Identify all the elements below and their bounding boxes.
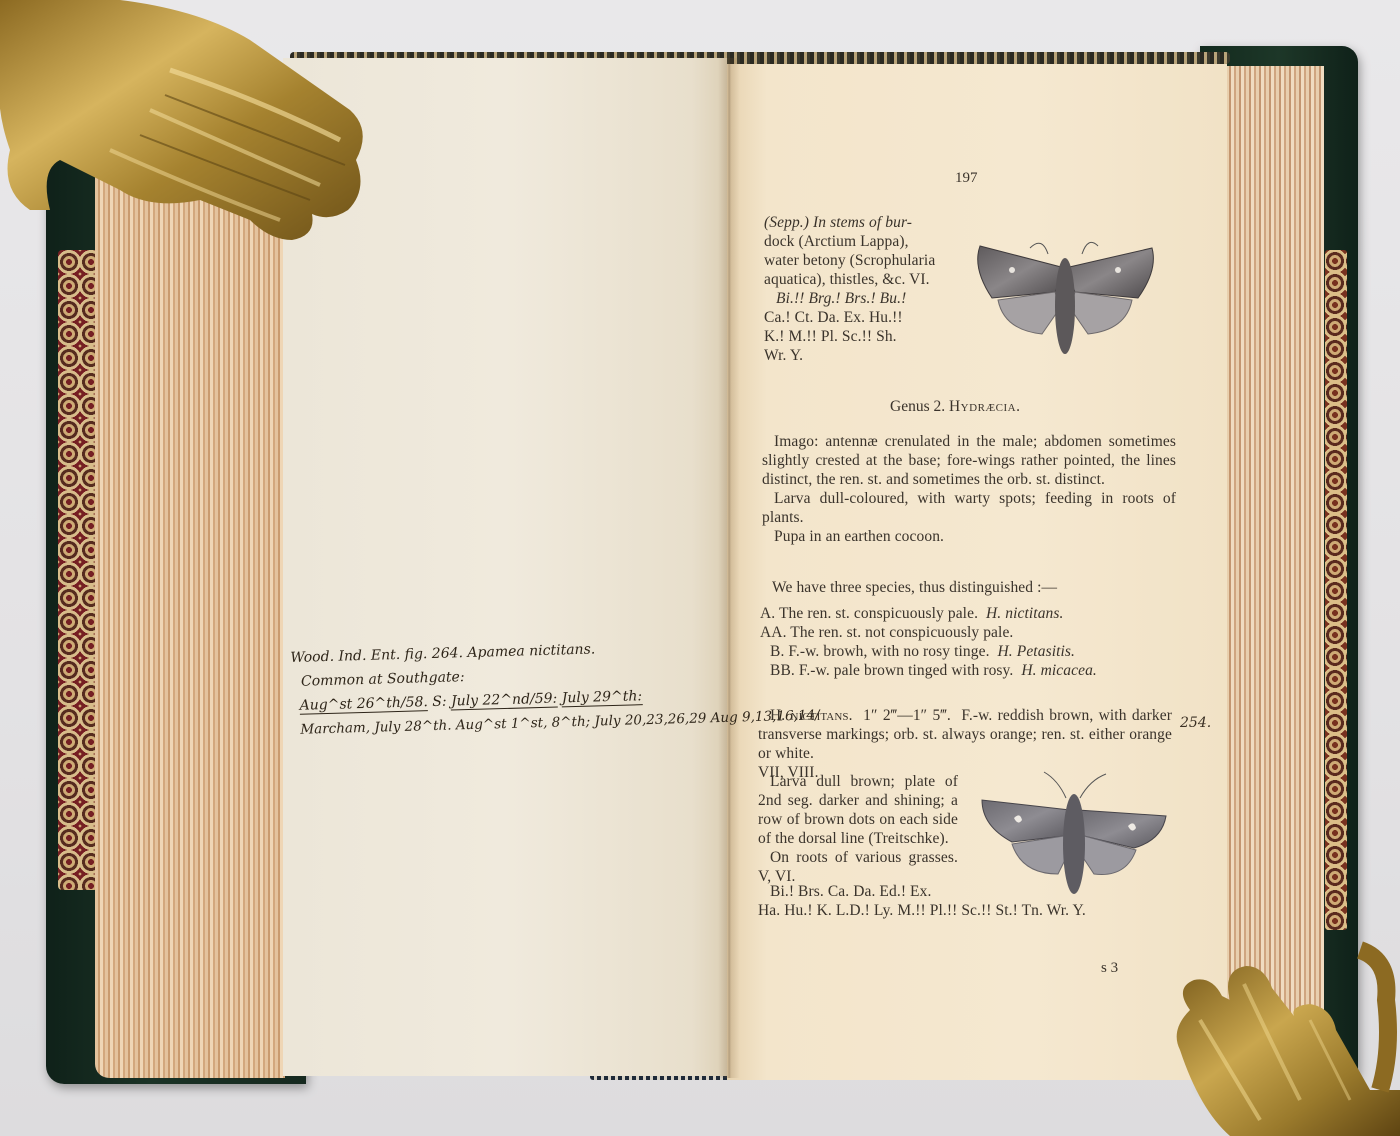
key-label: B.	[770, 643, 784, 660]
species-name: H. nictitans.	[758, 707, 853, 724]
genus-description: Imago: antennæ crenulated in the male; a…	[762, 432, 1176, 546]
brass-hand-bottom-right-icon	[1160, 940, 1400, 1136]
text-line: dock (Arctium Lappa),	[764, 232, 939, 251]
paragraph-imago: Imago: antennæ crenulated in the male; a…	[762, 432, 1176, 489]
species-key: A. The ren. st. conspicuously pale. H. n…	[760, 604, 1180, 680]
key-label: A.	[760, 605, 775, 622]
paragraph-foodplant: On roots of various grasses. V, VI.	[758, 848, 958, 886]
moth-illustration-upper	[970, 238, 1160, 362]
handwritten-notes: Wood. Ind. Ent. fig. 264. Apamea nictita…	[290, 631, 820, 742]
key-species: H. micacea.	[1021, 662, 1097, 679]
key-intro: We have three species, thus distinguishe…	[772, 578, 1172, 597]
signature-mark: s 3	[1101, 960, 1118, 977]
text-line: K.! M.!! Pl. Sc.!! Sh.	[764, 327, 939, 346]
right-marbled-endpaper	[1325, 250, 1347, 930]
key-species: H. Petasitis.	[998, 643, 1076, 660]
paragraph-pupa: Pupa in an earthen cocoon.	[762, 527, 1176, 546]
key-row: A. The ren. st. conspicuously pale. H. n…	[760, 604, 1180, 623]
key-text: F.-w. pale brown tinged with rosy.	[799, 662, 1014, 679]
left-page-edges	[95, 160, 285, 1078]
localities-line: Bi.! Brs. Ca. Da. Ed.! Ex.	[758, 882, 1178, 901]
hand-date-1: Aug^st 26^th/58.	[299, 694, 428, 715]
key-text: The ren. st. conspicuously pale.	[779, 605, 978, 622]
text-line: (Sepp.) In stems of bur-	[764, 214, 912, 231]
page-number: 197	[955, 170, 978, 187]
text-line: Ca.! Ct. Da. Ex. Hu.!!	[764, 308, 939, 327]
moth-illustration-lower	[978, 770, 1170, 900]
localities: Bi.! Brs. Ca. Da. Ed.! Ex. Ha. Hu.! K. L…	[758, 882, 1178, 920]
right-page-edges	[1226, 66, 1324, 1078]
brass-hand-top-left-icon	[0, 0, 370, 250]
key-label: AA.	[760, 624, 787, 641]
key-row: B. F.-w. browh, with no rosy tinge. H. P…	[760, 642, 1180, 661]
genus-name: Hydræcia.	[949, 398, 1021, 415]
localities-line: Ha. Hu.! K. L.D.! Ly. M.!! Pl.!! Sc.!! S…	[758, 901, 1178, 920]
hand-date-3: July 29^th:	[562, 688, 643, 707]
hand-date-sep: S:	[432, 694, 447, 710]
key-species: H. nictitans.	[986, 605, 1064, 622]
book-photograph: Wood. Ind. Ent. fig. 264. Apamea nictita…	[0, 0, 1400, 1136]
genus-heading: Genus 2. Hydræcia.	[890, 398, 1021, 416]
hand-date-2: July 22^nd/59:	[451, 691, 558, 711]
genus-prefix: Genus 2.	[890, 398, 945, 415]
text-line: Bi.!! Brg.! Brs.! Bu.!	[776, 290, 906, 307]
margin-annotation: 254.	[1180, 715, 1211, 731]
key-row: AA. The ren. st. not conspicuously pale.	[760, 623, 1180, 642]
key-text: F.-w. browh, with no rosy tinge.	[788, 643, 989, 660]
key-row: BB. F.-w. pale brown tinged with rosy. H…	[760, 661, 1180, 680]
key-label: BB.	[770, 662, 795, 679]
paragraph-larva: Larva dull-coloured, with warty spots; f…	[762, 489, 1176, 527]
larva-description: Larva dull brown; plate of 2nd seg. dark…	[758, 772, 958, 886]
key-text: The ren. st. not conspicuously pale.	[790, 624, 1013, 641]
paragraph-larva-detail: Larva dull brown; plate of 2nd seg. dark…	[758, 772, 958, 848]
left-marbled-endpaper	[58, 250, 98, 890]
species-size: 1″ 2‴—1″ 5‴.	[863, 707, 951, 724]
text-line: water betony (Scrophularia	[764, 251, 939, 270]
continuation-text: (Sepp.) In stems of bur- dock (Arctium L…	[764, 213, 939, 365]
text-line: Wr. Y.	[764, 346, 939, 365]
spine-gutter	[718, 58, 740, 1078]
text-line: aquatica), thistles, &c. VI.	[764, 270, 939, 289]
